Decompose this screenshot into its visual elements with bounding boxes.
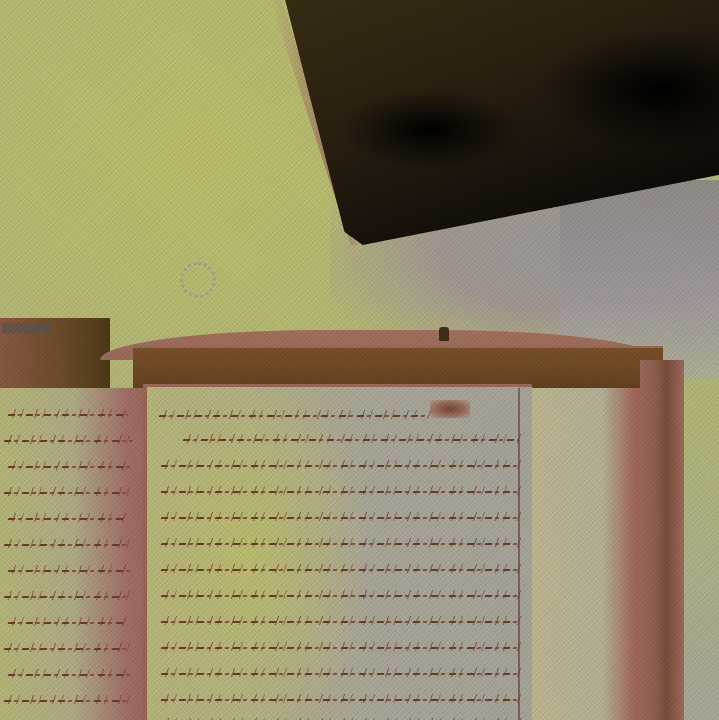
handwriting-line (161, 491, 520, 493)
ink-stain (430, 400, 470, 418)
left-manuscript-page (0, 388, 148, 720)
photo-scene (0, 0, 719, 720)
handwriting-line (8, 518, 127, 520)
right-book-edge (640, 360, 684, 720)
handwriting-line (8, 622, 127, 624)
handwriting-line (161, 543, 522, 545)
handwriting-line (161, 621, 522, 623)
handwriting-line (8, 674, 131, 676)
handwriting-line (161, 595, 522, 597)
handwriting-line (8, 414, 129, 416)
handwriting-line (8, 570, 131, 572)
main-manuscript-page (143, 384, 532, 720)
handwriting-line (4, 492, 131, 494)
handwriting-line (8, 466, 131, 468)
handwriting-line (159, 415, 430, 417)
handwriting-line (161, 569, 522, 571)
handwriting-line (4, 440, 133, 442)
handwriting-line (4, 700, 131, 702)
handwriting-line (161, 673, 522, 675)
handwriting-line (161, 465, 522, 467)
handwriting-line (161, 699, 522, 701)
handwriting-line (4, 544, 131, 546)
handwriting-line (4, 648, 131, 650)
handwriting-line (161, 647, 522, 649)
handwriting-line (183, 439, 520, 441)
handwriting-line (4, 596, 131, 598)
handwriting-line (161, 517, 522, 519)
book-clasp (439, 327, 449, 341)
table-stain (180, 262, 216, 298)
left-book-label (2, 323, 52, 333)
page-margin-rule (518, 388, 520, 720)
